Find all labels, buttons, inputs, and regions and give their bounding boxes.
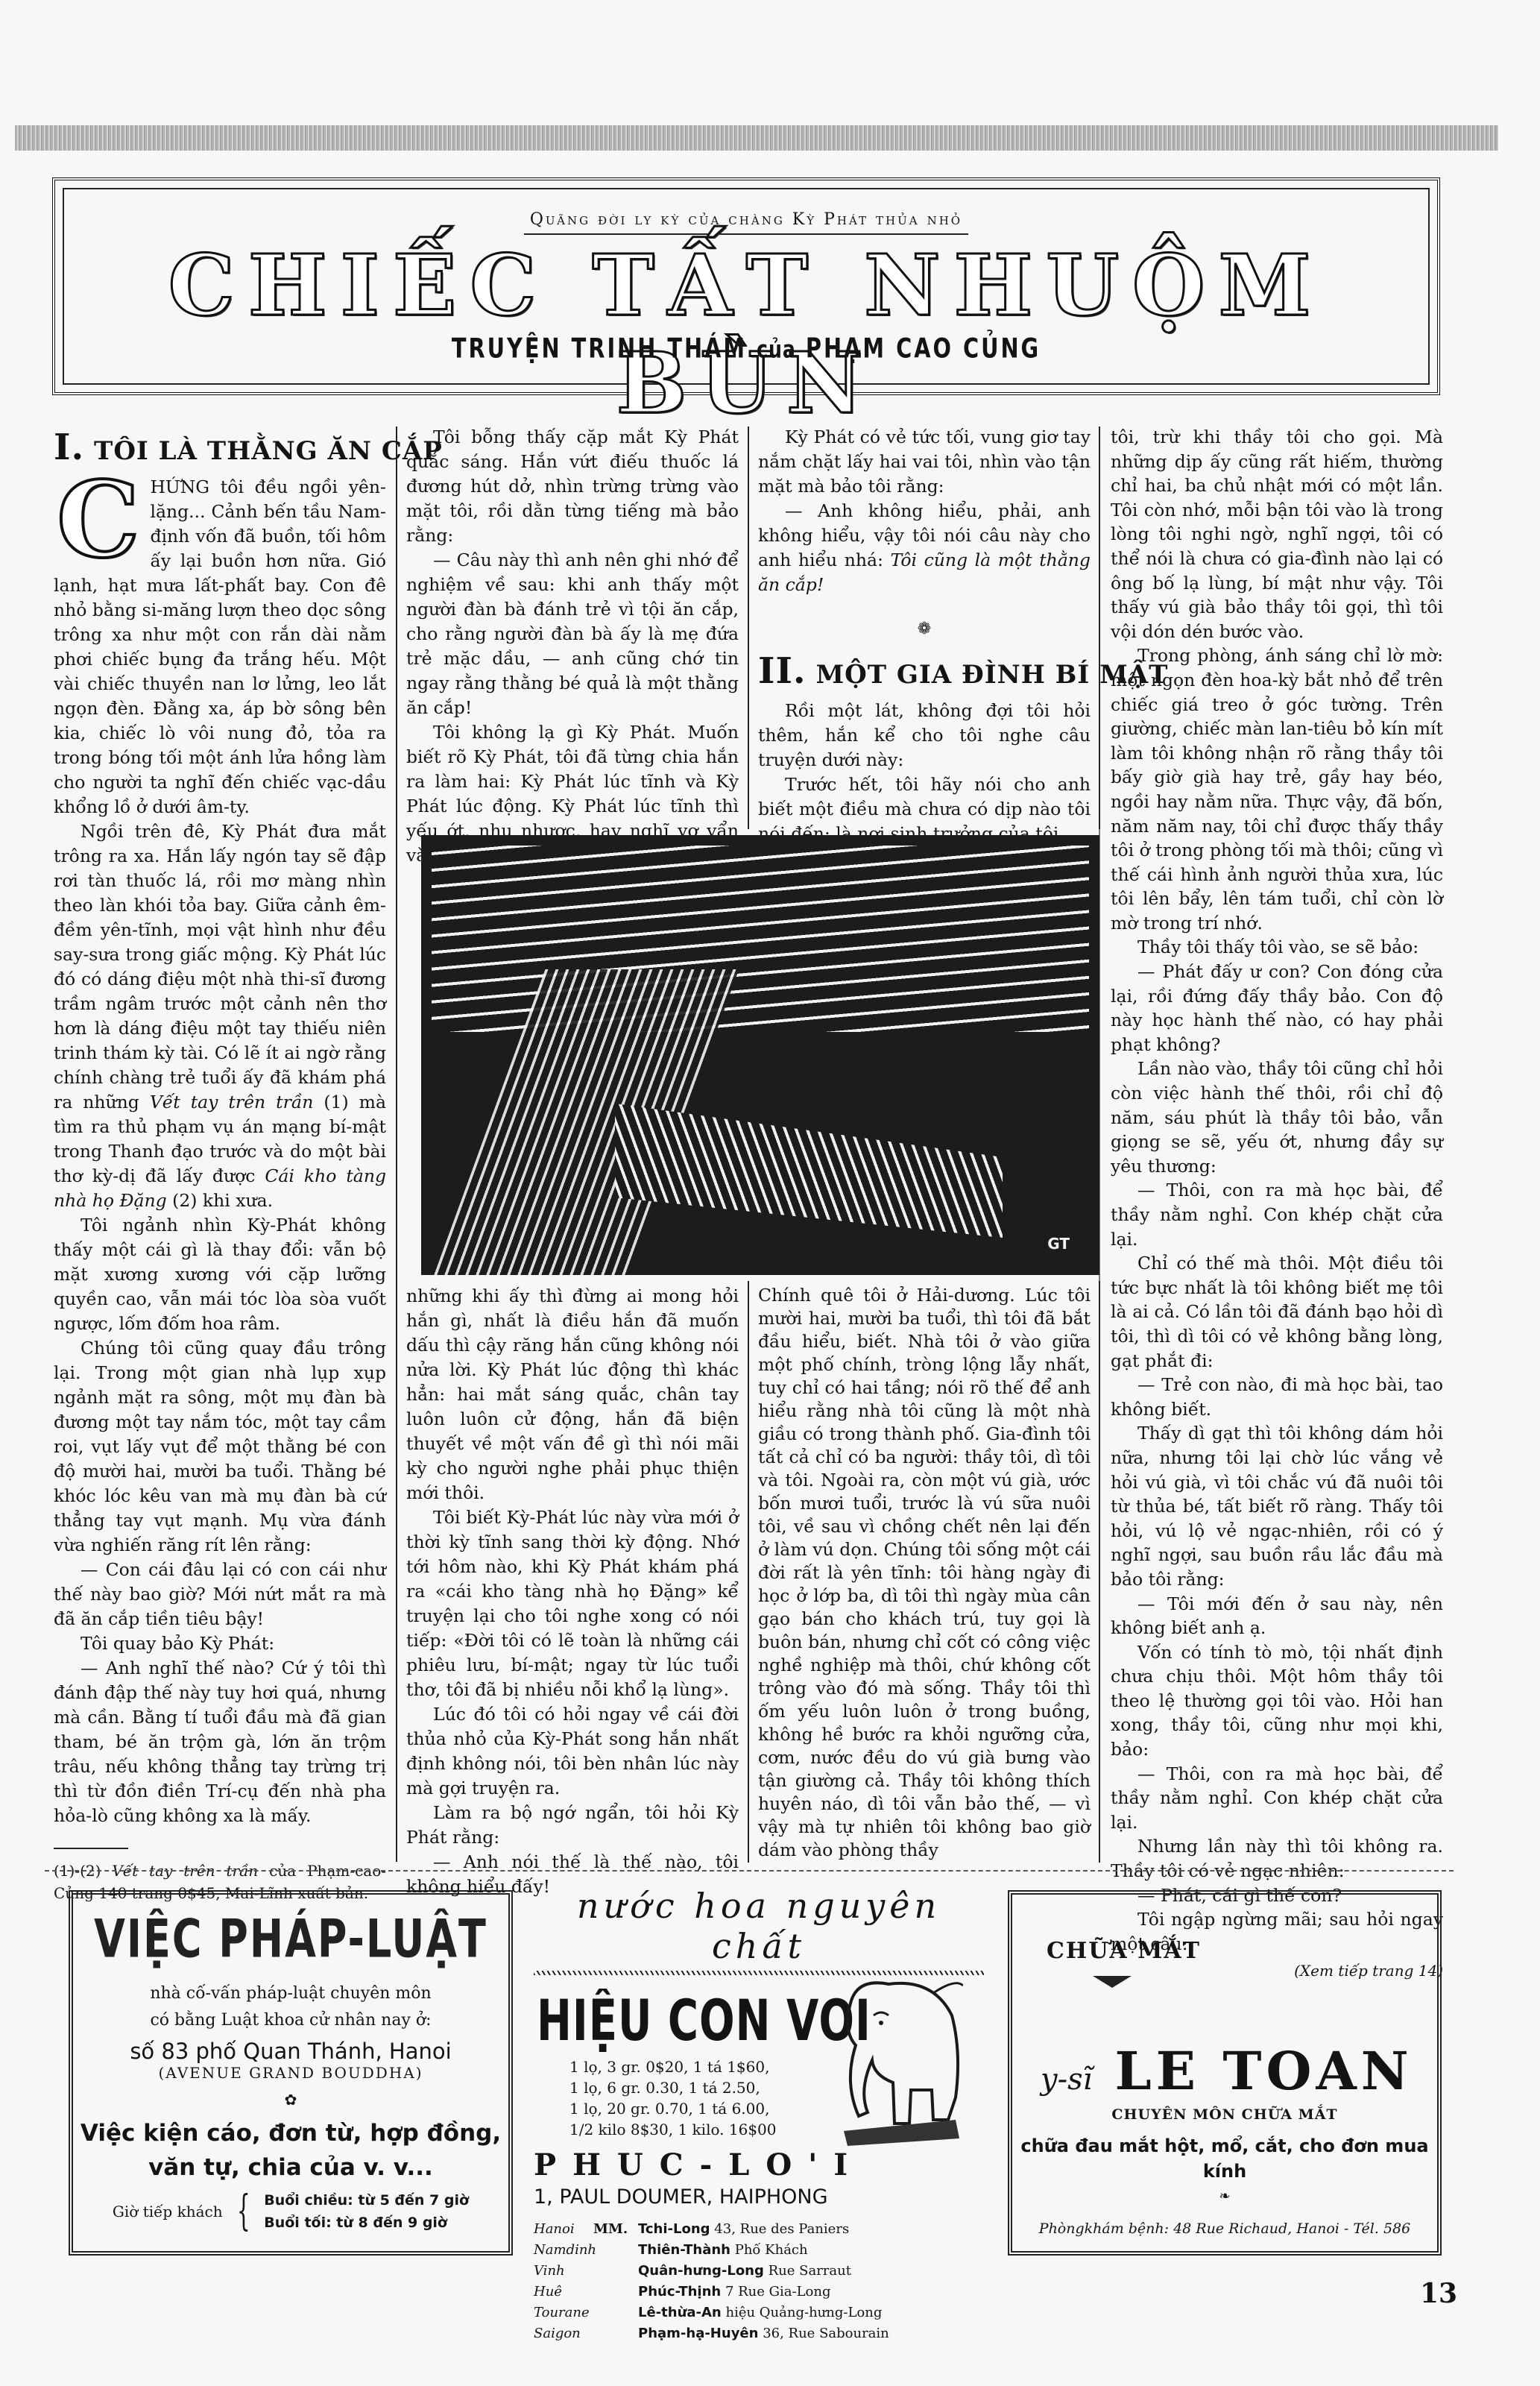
ad-law-address: số 83 phố Quan Thánh, Hanoi (73, 2039, 508, 2064)
paragraph: Tôi ngảnh nhìn Kỳ-Phát không thấy một cá… (54, 1213, 386, 1336)
paragraph: Lần nào vào, thầy tôi cũng chỉ hỏi còn v… (1111, 1057, 1443, 1178)
ornament-icon: ✿ (73, 2091, 508, 2109)
agent-row: HanoiMM.Tchi-Long 43, Rue des Paniers (534, 2219, 984, 2240)
ornament-icon: ❁ (758, 617, 1091, 641)
column-divider (1099, 426, 1100, 829)
ornament-icon: ❧ (1012, 2188, 1437, 2204)
page-number: 13 (1420, 2278, 1457, 2309)
ad-eye-address: Phòngkhám bệnh: 48 Rue Richaud, Hanoi - … (1012, 2220, 1437, 2237)
ad-law-hours: Giờ tiếp khách { Buổi chiều: từ 5 đến 7 … (73, 2189, 508, 2234)
hours-label: Giờ tiếp khách (113, 2203, 223, 2220)
ad-law-services: Việc kiện cáo, đơn từ, hợp đồng, văn tự,… (73, 2116, 508, 2185)
dialogue-line: — Thôi, con ra mà học bài, để thầy nằm n… (1111, 1178, 1443, 1251)
ad-eye-specialty: CHUYÊN MÔN CHỮA MẮT (1012, 2106, 1437, 2123)
section-1-heading: I. TÔI LÀ THẰNG ĂN CẮP (54, 431, 386, 468)
paragraph: Lúc đó tôi có hỏi ngay về cái đời thủa n… (406, 1702, 739, 1801)
ad-law-address-fr: (AVENUE GRAND BOUDDHA) (73, 2064, 508, 2082)
kicker-text: Quãng đời ly kỳ của chàng Kỳ Phát thủa n… (524, 210, 968, 235)
kicker: Quãng đời ly kỳ của chàng Kỳ Phát thủa n… (55, 210, 1437, 229)
paragraph: Trong phòng, ánh sáng chỉ lờ mờ: một ngọ… (1111, 643, 1443, 935)
brace-icon: { (237, 2191, 250, 2232)
ad-eye-name: LE TOAN (1114, 2040, 1413, 2102)
paragraph: Tôi bỗng thấy cặp mắt Kỳ Phát quắc sáng.… (406, 425, 739, 548)
woodcut-illustration: GT (421, 835, 1099, 1275)
top-scan-bar (15, 125, 1498, 151)
dialogue-line: — Anh nghĩ thế nào? Cứ ý tôi thì đánh đậ… (54, 1656, 386, 1828)
ad-perfume: nước hoa nguyên chất HIỆU CON VOI 1 lọ, … (534, 1890, 984, 2256)
paragraph: Tôi biết Kỳ-Phát lúc này vừa mới ở thời … (406, 1505, 739, 1702)
dialogue-line: — Con cái đâu lại có con cái như thế này… (54, 1558, 386, 1631)
section-1-title: TÔI LÀ THẰNG ĂN CẮP (94, 436, 443, 466)
dialogue-line: — Thôi, con ra mà học bài, để thầy nằm n… (1111, 1762, 1443, 1835)
byline-author: PHẠM CAO CỦNG (806, 332, 1041, 365)
dialogue-line: — Phát đấy ư con? Con đóng cửa lại, rồi … (1111, 960, 1443, 1057)
ad-perfume-company-address: 1, PAUL DOUMER, HAIPHONG (534, 2185, 984, 2209)
paragraph: Thấy dì gạt thì tôi không dám hỏi nữa, n… (1111, 1421, 1443, 1591)
column-3-top: Kỳ Phát có vẻ tức tối, vung giơ tay nắm … (758, 425, 1091, 846)
agent-row: VinhQuân-hưng-Long Rue Sarraut (534, 2261, 984, 2282)
elephant-icon (829, 1971, 963, 2150)
paragraph: Chúng tôi cũng quay đầu trông lại. Trong… (54, 1336, 386, 1558)
paragraph: Kỳ Phát có vẻ tức tối, vung giơ tay nắm … (758, 425, 1091, 499)
column-divider (748, 426, 749, 829)
ad-eye-doctor-name: y-sĩ LE TOAN (1041, 2040, 1437, 2102)
agent-row: SaigonPhạm-hạ-Huyên 36, Rue Sabourain (534, 2323, 984, 2344)
artist-signature: GT (1047, 1235, 1070, 1253)
footnote-rule (54, 1848, 128, 1849)
hours-afternoon: Buổi chiều: từ 5 đến 7 giờ (264, 2189, 469, 2212)
byline: TRUYỆN TRINH THÁM của PHẠM CAO CỦNG (55, 332, 1437, 365)
section-1-number: I. (54, 426, 84, 468)
dialogue-line: — Anh không hiểu, phải, anh không hiểu, … (758, 499, 1091, 597)
agent-row: NamdinhThiên-Thành Phố Khách (534, 2240, 984, 2261)
paragraph: Làm ra bộ ngớ ngẩn, tôi hỏi Kỳ Phát rằng… (406, 1801, 739, 1850)
agent-list: HanoiMM.Tchi-Long 43, Rue des Paniers Na… (534, 2219, 984, 2344)
column-2-top: Tôi bỗng thấy cặp mắt Kỳ Phát quắc sáng.… (406, 425, 739, 868)
hours-list: Buổi chiều: từ 5 đến 7 giờ Buổi tối: từ … (264, 2189, 469, 2234)
hours-evening: Buổi tối: từ 8 đến 9 giờ (264, 2212, 469, 2234)
ad-eye-prefix: y-sĩ (1041, 2062, 1092, 2097)
byline-genre: TRUYỆN TRINH THÁM (452, 332, 747, 365)
drop-cap: C (57, 479, 139, 561)
ad-eye-heading: CHỮA MẮT (1047, 1938, 1437, 1964)
column-divider (396, 426, 397, 1862)
paragraph: Tôi quay bảo Kỳ Phát: (54, 1631, 386, 1656)
paragraph: Thầy tôi thấy tôi vào, se sẽ bảo: (1111, 935, 1443, 960)
article-header: Quãng đời ly kỳ của chàng Kỳ Phát thủa n… (52, 177, 1440, 395)
column-divider (1099, 1281, 1100, 1863)
ad-perfume-company: PHUC-LO'I (534, 2147, 984, 2182)
paragraph: Chỉ có thế mà thôi. Một điều tôi tức bực… (1111, 1251, 1443, 1373)
column-1: I. TÔI LÀ THẰNG ĂN CẮP C HỨNG tôi đều ng… (54, 425, 386, 1904)
paragraph: Vốn có tính tò mò, tội nhất định chưa ch… (1111, 1640, 1443, 1762)
ad-law-title: VIỆC PHÁP-LUẬT (73, 1909, 508, 1970)
byline-of: của (757, 336, 796, 364)
agent-row: TouraneLê-thừa-An hiệu Quảng-hưng-Long (534, 2302, 984, 2323)
paragraph: Nhưng lần này thì tôi không ra. Thầy tôi… (1111, 1834, 1443, 1883)
dialogue-line: — Trẻ con nào, đi mà học bài, tao không … (1111, 1373, 1443, 1421)
paragraph: Ngồi trên đê, Kỳ Phát đưa mắt trông ra x… (54, 819, 386, 1213)
ad-eye-doctor: CHỮA MẮT y-sĩ LE TOAN CHUYÊN MÔN CHỮA MẮ… (1008, 1890, 1442, 2256)
triangle-down-icon (1093, 1976, 1132, 1988)
paragraph: Chính quê tôi ở Hải-dương. Lúc tôi mười … (758, 1284, 1091, 1862)
dialogue-line: — Tôi mới đến ở sau này, nên không biết … (1111, 1592, 1443, 1640)
ad-perfume-tagline: nước hoa nguyên chất (534, 1886, 984, 1966)
illustration-sky (432, 846, 1089, 1032)
dialogue-line: — Câu này thì anh nên ghi nhớ để nghiệm … (406, 548, 739, 720)
ad-law-line: nhà cố-vấn pháp-luật chuyên môn (73, 1980, 508, 2007)
book-title-italic: Vết tay trên trần (150, 1092, 314, 1112)
section-divider (45, 1870, 1454, 1872)
ad-law-consultant: VIỆC PHÁP-LUẬT nhà cố-vấn pháp-luật chuy… (69, 1890, 513, 2256)
illustration-water (615, 1104, 1003, 1238)
column-4: tôi, trừ khi thầy tôi cho gọi. Mà những … (1111, 425, 1443, 1983)
paragraph: những khi ấy thì đừng ai mong hỏi hắn gì… (406, 1284, 739, 1505)
ad-eye-services: chữa đau mắt hột, mổ, cắt, cho đơn mua k… (1012, 2133, 1437, 2184)
paragraph: tôi, trừ khi thầy tôi cho gọi. Mà những … (1111, 425, 1443, 643)
ad-law-line: có bằng Luật khoa cử nhân nay ở: (73, 2007, 508, 2034)
section-2-number: II. (758, 650, 807, 692)
paragraph: Rồi một lát, không đợi tôi hỏi thêm, hắn… (758, 699, 1091, 772)
agent-row: HuêPhúc-Thịnh 7 Rue Gia-Long (534, 2282, 984, 2302)
column-divider (748, 1281, 749, 1863)
section-2-heading: II. MỘT GIA ĐÌNH BÍ MẬT (758, 655, 1091, 691)
column-2-bottom: những khi ấy thì đừng ai mong hỏi hắn gì… (406, 1284, 739, 1899)
column-3-bottom: Chính quê tôi ở Hải-dương. Lúc tôi mười … (758, 1284, 1091, 1862)
